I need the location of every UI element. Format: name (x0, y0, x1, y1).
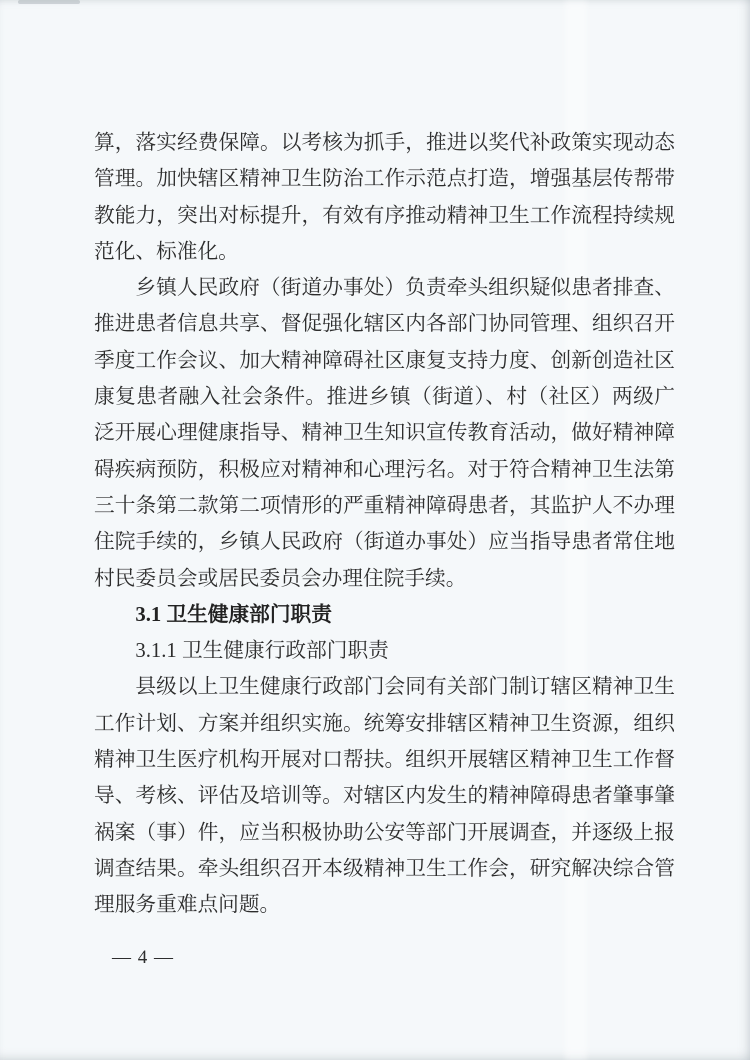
section-heading-3-1: 3.1 卫生健康部门职责 (94, 597, 675, 633)
body-paragraph-township-duties: 乡镇人民政府（街道办事处）负责牵头组织疑似患者排查、推进患者信息共享、督促强化辖… (94, 270, 675, 597)
scan-edge-smudge (18, 0, 80, 4)
body-paragraph-health-admin-duties: 县级以上卫生健康行政部门会同有关部门制订辖区精神卫生工作计划、方案并组织实施。统… (94, 669, 675, 923)
scanned-document-page: 算，落实经费保障。以考核为抓手，推进以奖代补政策实现动态管理。加快辖区精神卫生防… (0, 0, 750, 1060)
page-number: — 4 — (112, 946, 174, 970)
document-body: 算，落实经费保障。以考核为抓手，推进以奖代补政策实现动态管理。加快辖区精神卫生防… (94, 125, 675, 924)
body-paragraph-continued: 算，落实经费保障。以考核为抓手，推进以奖代补政策实现动态管理。加快辖区精神卫生防… (94, 125, 675, 270)
subsection-heading-3-1-1: 3.1.1 卫生健康行政部门职责 (94, 633, 675, 669)
